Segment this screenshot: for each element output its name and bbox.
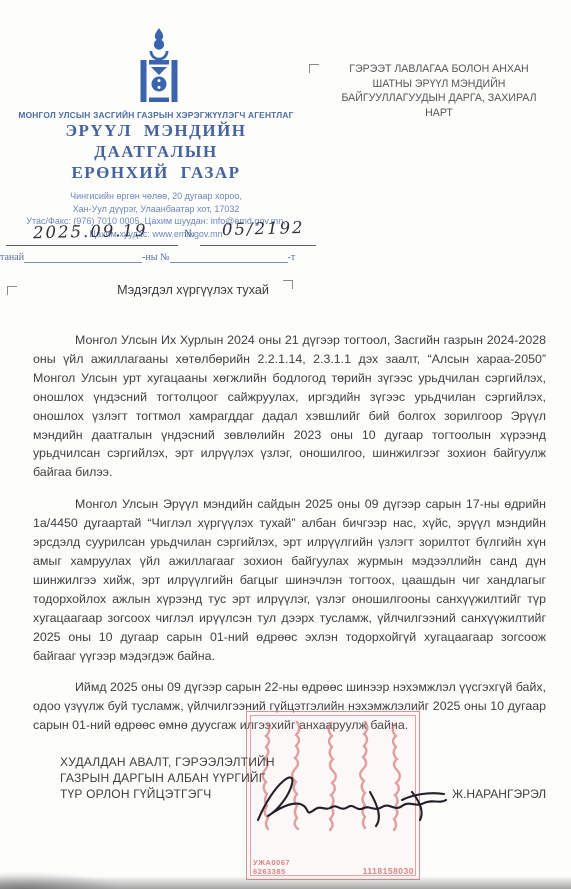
document-page: МОНГОЛ УЛСЫН ЗАСГИЙН ГАЗРЫН ХЭРЭГЖҮҮЛЭГЧ… (0, 0, 571, 889)
stamp-code-bottom-left: 6263385 (253, 868, 290, 877)
signature-scribble-icon (252, 762, 452, 830)
address-line: Хан-Уул дүүрэг, Улаанбаатар хот, 17032 (0, 203, 312, 216)
subject-corner-right (283, 280, 293, 289)
ref-suffix: -т (288, 252, 296, 263)
recipient-line: БАЙГУУЛЛАГУУДЫН ДАРГА, ЗАХИРАЛ (315, 91, 563, 106)
org-title-line2: ЕРӨНХИЙ ГАЗАР (0, 162, 312, 183)
address-line: Чингисийн өргөн чөлөө, 20 дугаар хороо, (0, 190, 312, 203)
subject-corner-left (7, 286, 17, 295)
letter-body: Монгол Улсын Их Хурлын 2024 оны 21 дүгээ… (33, 331, 546, 748)
org-title-line1: ЭРҮҮЛ МЭНДИЙН ДААТГАЛЫН (0, 120, 312, 162)
signatory-title-line: ХУДАЛДАН АВАЛТ, ГЭРЭЭЛЭЛТИЙН (60, 755, 275, 771)
signatory-name: Ж.НАРАНГЭРЭЛ (452, 787, 546, 801)
signatory-title-line: ГАЗРЫН ДАРГЫН АЛБАН ҮҮРГИЙГ (60, 771, 275, 787)
scan-shadow-corner (0, 871, 120, 889)
recipient-block: ГЭРЭЭТ ЛАВЛАГАА БОЛОН АНХАН ШАТНЫ ЭРҮҮЛ … (315, 62, 563, 120)
reference-line: танай-ны №-т (0, 250, 340, 263)
stamp-code-left: УЖА0067 6263385 (253, 859, 290, 876)
body-paragraph: Монгол Улсын Эрүүл мэндийн сайдын 2025 о… (33, 495, 546, 665)
agency-line: МОНГОЛ УЛСЫН ЗАСГИЙН ГАЗРЫН ХЭРЭГЖҮҮЛЭГЧ… (0, 110, 312, 120)
stamp-code-right: 1118158030 (363, 866, 414, 876)
handwritten-date: 2025.09.19 (33, 221, 148, 242)
recipient-line: НАРТ (315, 106, 563, 121)
ref-blank (170, 250, 288, 263)
ref-prefix: танай (0, 252, 24, 263)
date-underline (6, 244, 178, 246)
recipient-line: ШАТНЫ ЭРҮҮЛ МЭНДИЙН (315, 77, 563, 92)
ref-blank (24, 250, 142, 263)
handwritten-doc-number: 05/2192 (222, 218, 305, 239)
recipient-line: ГЭРЭЭТ ЛАВЛАГАА БОЛОН АНХАН (315, 62, 563, 77)
soyombo-logo-icon (138, 27, 180, 105)
body-paragraph: Монгол Улсын Их Хурлын 2024 оны 21 дүгээ… (33, 331, 546, 482)
ref-middle: -ны № (142, 252, 169, 263)
signatory-title-block: ХУДАЛДАН АВАЛТ, ГЭРЭЭЛЭЛТИЙН ГАЗРЫН ДАРГ… (60, 755, 275, 802)
signatory-title-line: ТҮР ОРЛОН ГҮЙЦЭТГЭГЧ (60, 787, 275, 803)
stamp-codes: УЖА0067 6263385 1118158030 (253, 859, 414, 876)
subject-line: Мэдэгдэл хүргүүлэх тухай (88, 283, 298, 297)
number-underline (200, 244, 316, 246)
number-symbol: № (184, 228, 195, 240)
